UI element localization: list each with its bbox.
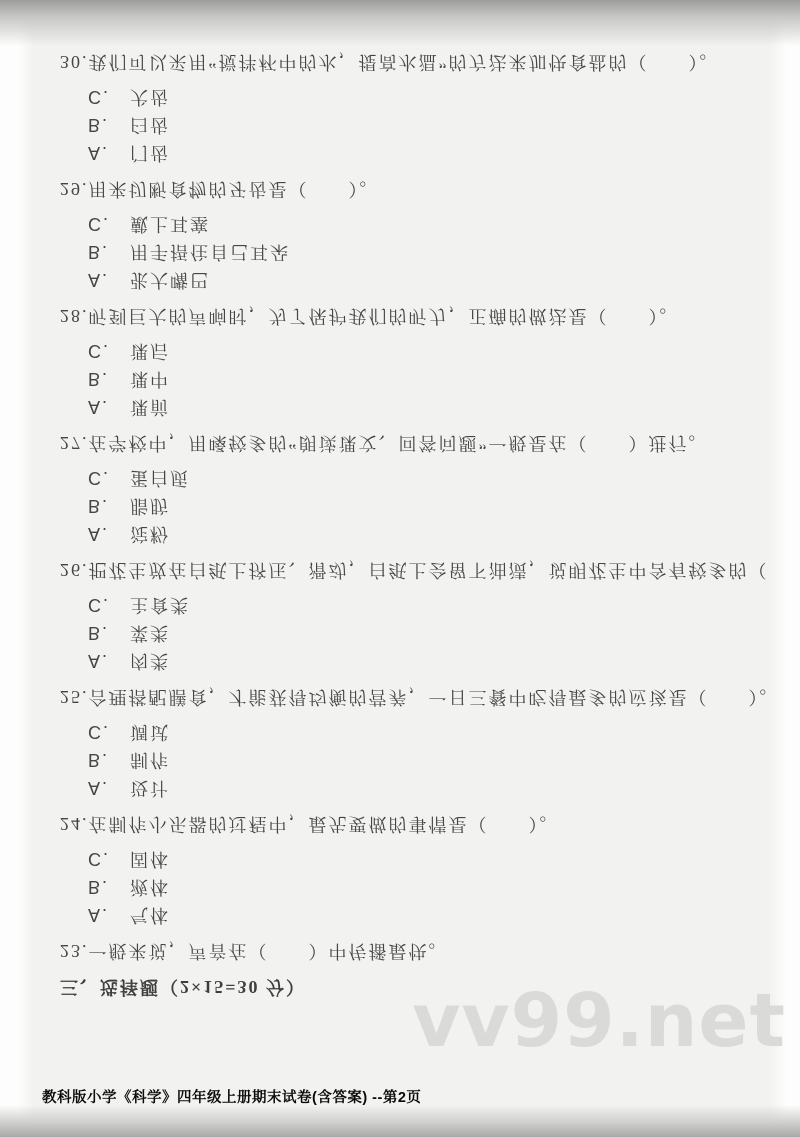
- option-row: C.调试: [60, 718, 750, 746]
- option-text: 课后: [130, 337, 170, 365]
- option-label: B.: [88, 111, 130, 139]
- option-text: 菜类: [130, 619, 170, 647]
- option-label: C.: [88, 591, 130, 619]
- option-text: 脂肪: [130, 492, 170, 520]
- option-text: 课中: [130, 365, 170, 393]
- option-label: B.: [88, 492, 130, 520]
- option-row: B.脂肪: [60, 492, 750, 520]
- option-label: C.: [88, 464, 130, 492]
- option-text: 臼齿: [130, 111, 170, 139]
- page-left-margin: [0, 0, 34, 1137]
- option-label: B.: [88, 238, 130, 266]
- option-row: C.戴上耳塞: [60, 210, 750, 238]
- option-row: C.主食类: [60, 591, 750, 619]
- option-list: A.张大嘴巴B.用手捂住自己耳朵C.戴上耳塞: [60, 210, 750, 294]
- option-text: 设计: [130, 774, 170, 802]
- option-row: A.课前: [60, 393, 750, 421]
- option-list: A.设计B.制作C.调试: [60, 718, 750, 802]
- flipped-exam-content: 三、选择题（2×15=30 分） 23.一般来说，声音在（ ）中传播最快。A.气…: [60, 48, 750, 1001]
- option-text: 蛋白质: [130, 464, 190, 492]
- question-text: 25.合理搭配膳食，才能获得均衡的营养，一日三餐中吃得最多的应该是（ ）。: [60, 683, 750, 711]
- option-list: A.肉类B.菜类C.主食类: [60, 591, 750, 675]
- option-row: B.制作: [60, 746, 750, 774]
- option-label: A.: [88, 266, 130, 294]
- question-block: 26.把花生放在白纸上挤压、滑动，白纸上会留下油渍，说明花生中含有较多的（ ）。…: [60, 464, 750, 584]
- option-row: B.用手捂住自己耳朵: [60, 238, 750, 266]
- option-row: A.门齿: [60, 139, 750, 167]
- option-row: A.淀粉: [60, 520, 750, 548]
- question-text: 28.听到巨大的声响时，为了保护我们的听力，正确的做法是（ ）。: [60, 302, 750, 330]
- option-row: B.臼齿: [60, 111, 750, 139]
- question-list: 23.一般来说，声音在（ ）中传播最快。A.气体B.液体C.固体24.在制作小乐…: [60, 48, 750, 965]
- option-text: 淀粉: [130, 520, 170, 548]
- option-list: A.门齿B.臼齿C.犬齿: [60, 83, 750, 167]
- option-label: B.: [88, 746, 130, 774]
- option-row: C.蛋白质: [60, 464, 750, 492]
- question-block: 30.我们可以采用“搅拌杯中的水，提高水温”的方法来加快食盐的（ ）。: [60, 48, 750, 76]
- option-text: 张大嘴巴: [130, 266, 210, 294]
- option-label: C.: [88, 718, 130, 746]
- question-text: 29.用来切断食物的牙齿是（ ）。: [60, 175, 750, 203]
- option-text: 气体: [130, 901, 170, 929]
- option-label: B.: [88, 365, 130, 393]
- question-block: 23.一般来说，声音在（ ）中传播最快。A.气体B.液体C.固体: [60, 845, 750, 965]
- option-label: C.: [88, 210, 130, 238]
- option-row: A.气体: [60, 901, 750, 929]
- option-row: B.菜类: [60, 619, 750, 647]
- option-row: B.液体: [60, 873, 750, 901]
- question-block: 29.用来切断食物的牙齿是（ ）。A.门齿B.臼齿C.犬齿: [60, 83, 750, 203]
- option-label: C.: [88, 83, 130, 111]
- option-label: B.: [88, 873, 130, 901]
- option-text: 肉类: [130, 647, 170, 675]
- option-label: A.: [88, 139, 130, 167]
- question-block: 25.合理搭配膳食，才能获得均衡的营养，一日三餐中吃得最多的应该是（ ）。A.肉…: [60, 591, 750, 711]
- option-label: C.: [88, 845, 130, 873]
- option-row: C.固体: [60, 845, 750, 873]
- option-row: C.犬齿: [60, 83, 750, 111]
- option-list: A.气体B.液体C.固体: [60, 845, 750, 929]
- question-text: 24.在制作小乐器的过程中，最先要做的事情是（ ）。: [60, 810, 750, 838]
- question-block: 28.听到巨大的声响时，为了保护我们的听力，正确的做法是（ ）。A.张大嘴巴B.…: [60, 210, 750, 330]
- option-text: 制作: [130, 746, 170, 774]
- option-text: 用手捂住自己耳朵: [130, 238, 290, 266]
- option-row: A.设计: [60, 774, 750, 802]
- option-label: A.: [88, 393, 130, 421]
- option-text: 固体: [130, 845, 170, 873]
- option-text: 门齿: [130, 139, 170, 167]
- question-block: 24.在制作小乐器的过程中，最先要做的事情是（ ）。A.设计B.制作C.调试: [60, 718, 750, 838]
- option-row: A.张大嘴巴: [60, 266, 750, 294]
- option-list: A.淀粉B.脂肪C.蛋白质: [60, 464, 750, 548]
- scan-shadow-top: [0, 0, 800, 46]
- question-text: 26.把花生放在白纸上挤压、滑动，白纸上会留下油渍，说明花生中含有较多的（ ）。: [60, 556, 750, 584]
- option-text: 犬齿: [130, 83, 170, 111]
- option-row: C.课后: [60, 337, 750, 365]
- option-label: A.: [88, 774, 130, 802]
- question-text: 30.我们可以采用“搅拌杯中的水，提高水温”的方法来加快食盐的（ ）。: [60, 48, 750, 76]
- question-block: 27.在学校中，用嗓较多的“朗读课文、回答问题”一般是在（ ）进行。A.课前B.…: [60, 337, 750, 457]
- option-text: 戴上耳塞: [130, 210, 210, 238]
- option-label: B.: [88, 619, 130, 647]
- option-label: A.: [88, 647, 130, 675]
- option-label: A.: [88, 901, 130, 929]
- option-text: 液体: [130, 873, 170, 901]
- question-text: 27.在学校中，用嗓较多的“朗读课文、回答问题”一般是在（ ）进行。: [60, 429, 750, 457]
- option-list: A.课前B.课中C.课后: [60, 337, 750, 421]
- page-footer: 教科版小学《科学》四年级上册期末试卷(含答案) --第2页: [42, 1086, 421, 1107]
- option-text: 调试: [130, 718, 170, 746]
- option-text: 主食类: [130, 591, 190, 619]
- scanned-page: 三、选择题（2×15=30 分） 23.一般来说，声音在（ ）中传播最快。A.气…: [0, 0, 800, 1137]
- option-label: A.: [88, 520, 130, 548]
- question-text: 23.一般来说，声音在（ ）中传播最快。: [60, 937, 750, 965]
- option-row: A.肉类: [60, 647, 750, 675]
- option-text: 课前: [130, 393, 170, 421]
- option-row: B.课中: [60, 365, 750, 393]
- watermark-text: vv99.net: [412, 978, 786, 1064]
- option-label: C.: [88, 337, 130, 365]
- scan-shadow-bottom: [0, 1105, 800, 1137]
